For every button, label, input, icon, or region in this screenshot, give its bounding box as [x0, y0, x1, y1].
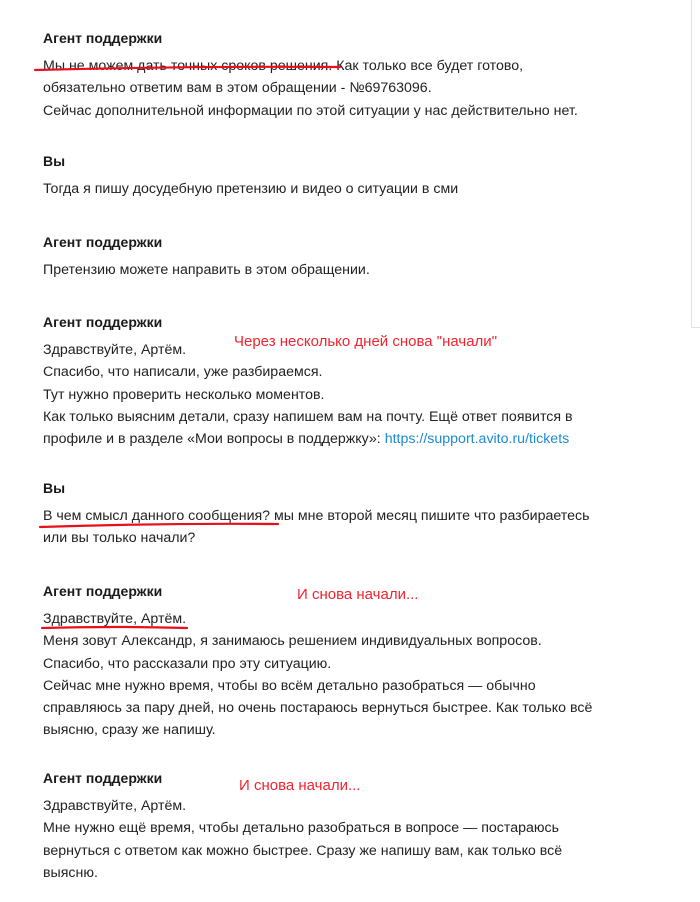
message-line: справляюсь за пару дней, но очень постар… — [43, 697, 643, 719]
message-line: вернуться с ответом как можно быстрее. С… — [43, 840, 643, 862]
message-author: Вы — [43, 479, 643, 497]
chat-message: Вы Тогда я пишу досудебную претензию и в… — [43, 152, 643, 200]
side-panel-border — [691, 0, 700, 328]
message-line: Спасибо, что написали, уже разбираемся. — [43, 361, 643, 383]
message-line: обязательно ответим вам в этом обращении… — [43, 77, 643, 99]
chat-message: Агент поддержки Претензию можете направи… — [43, 233, 643, 281]
red-underline-marks — [0, 0, 700, 902]
annotation-label: И снова начали... — [297, 586, 418, 603]
message-body: Мы не можем дать точных сроков решения. … — [43, 55, 643, 122]
message-author: Агент поддержки — [43, 29, 643, 47]
message-body: Здравствуйте, Артём. Меня зовут Александ… — [43, 608, 643, 742]
message-line: Мне нужно ещё время, чтобы детально разо… — [43, 817, 643, 839]
message-line: Здравствуйте, Артём. — [43, 795, 643, 817]
message-author: Агент поддержки — [43, 233, 643, 251]
chat-message: Агент поддержки Здравствуйте, Артём. Мен… — [43, 582, 643, 742]
message-body: Здравствуйте, Артём. Мне нужно ещё время… — [43, 795, 643, 884]
message-author: Агент поддержки — [43, 313, 643, 331]
message-line: Меня зовут Александр, я занимаюсь решени… — [43, 630, 643, 652]
message-author: Вы — [43, 152, 643, 170]
message-line: профиле и в разделе «Мои вопросы в подде… — [43, 428, 643, 450]
message-line: Тогда я пишу досудебную претензию и виде… — [43, 178, 643, 200]
message-line-text: профиле и в разделе «Мои вопросы в подде… — [43, 431, 385, 447]
message-body: В чем смысл данного сообщения? мы мне вт… — [43, 505, 643, 550]
message-line: или вы только начали? — [43, 527, 643, 549]
support-tickets-link[interactable]: https://support.avito.ru/tickets — [385, 431, 570, 447]
message-line: Мы не можем дать точных сроков решения. … — [43, 55, 643, 77]
message-body: Тогда я пишу досудебную претензию и виде… — [43, 178, 643, 200]
annotation-label: Через несколько дней снова "начали" — [234, 333, 497, 350]
message-body: Здравствуйте, Артём. Спасибо, что написа… — [43, 339, 643, 450]
message-line: Тут нужно проверить несколько моментов. — [43, 384, 643, 406]
message-line: В чем смысл данного сообщения? мы мне вт… — [43, 505, 643, 527]
message-line: Как только выясним детали, сразу напишем… — [43, 406, 643, 428]
message-body: Претензию можете направить в этом обраще… — [43, 259, 643, 281]
message-line: Спасибо, что рассказали про эту ситуацию… — [43, 653, 643, 675]
message-line: Претензию можете направить в этом обраще… — [43, 259, 643, 281]
message-line: Сейчас мне нужно время, чтобы во всём де… — [43, 675, 643, 697]
message-line: выясню, сразу же напишу. — [43, 719, 643, 741]
message-line: Здравствуйте, Артём. — [43, 608, 643, 630]
chat-message: Агент поддержки Мы не можем дать точных … — [43, 29, 643, 122]
message-line: Сейчас дополнительной информации по этой… — [43, 100, 643, 122]
message-line: выясню. — [43, 862, 643, 884]
annotation-label: И снова начали... — [239, 777, 360, 794]
chat-message: Вы В чем смысл данного сообщения? мы мне… — [43, 479, 643, 550]
